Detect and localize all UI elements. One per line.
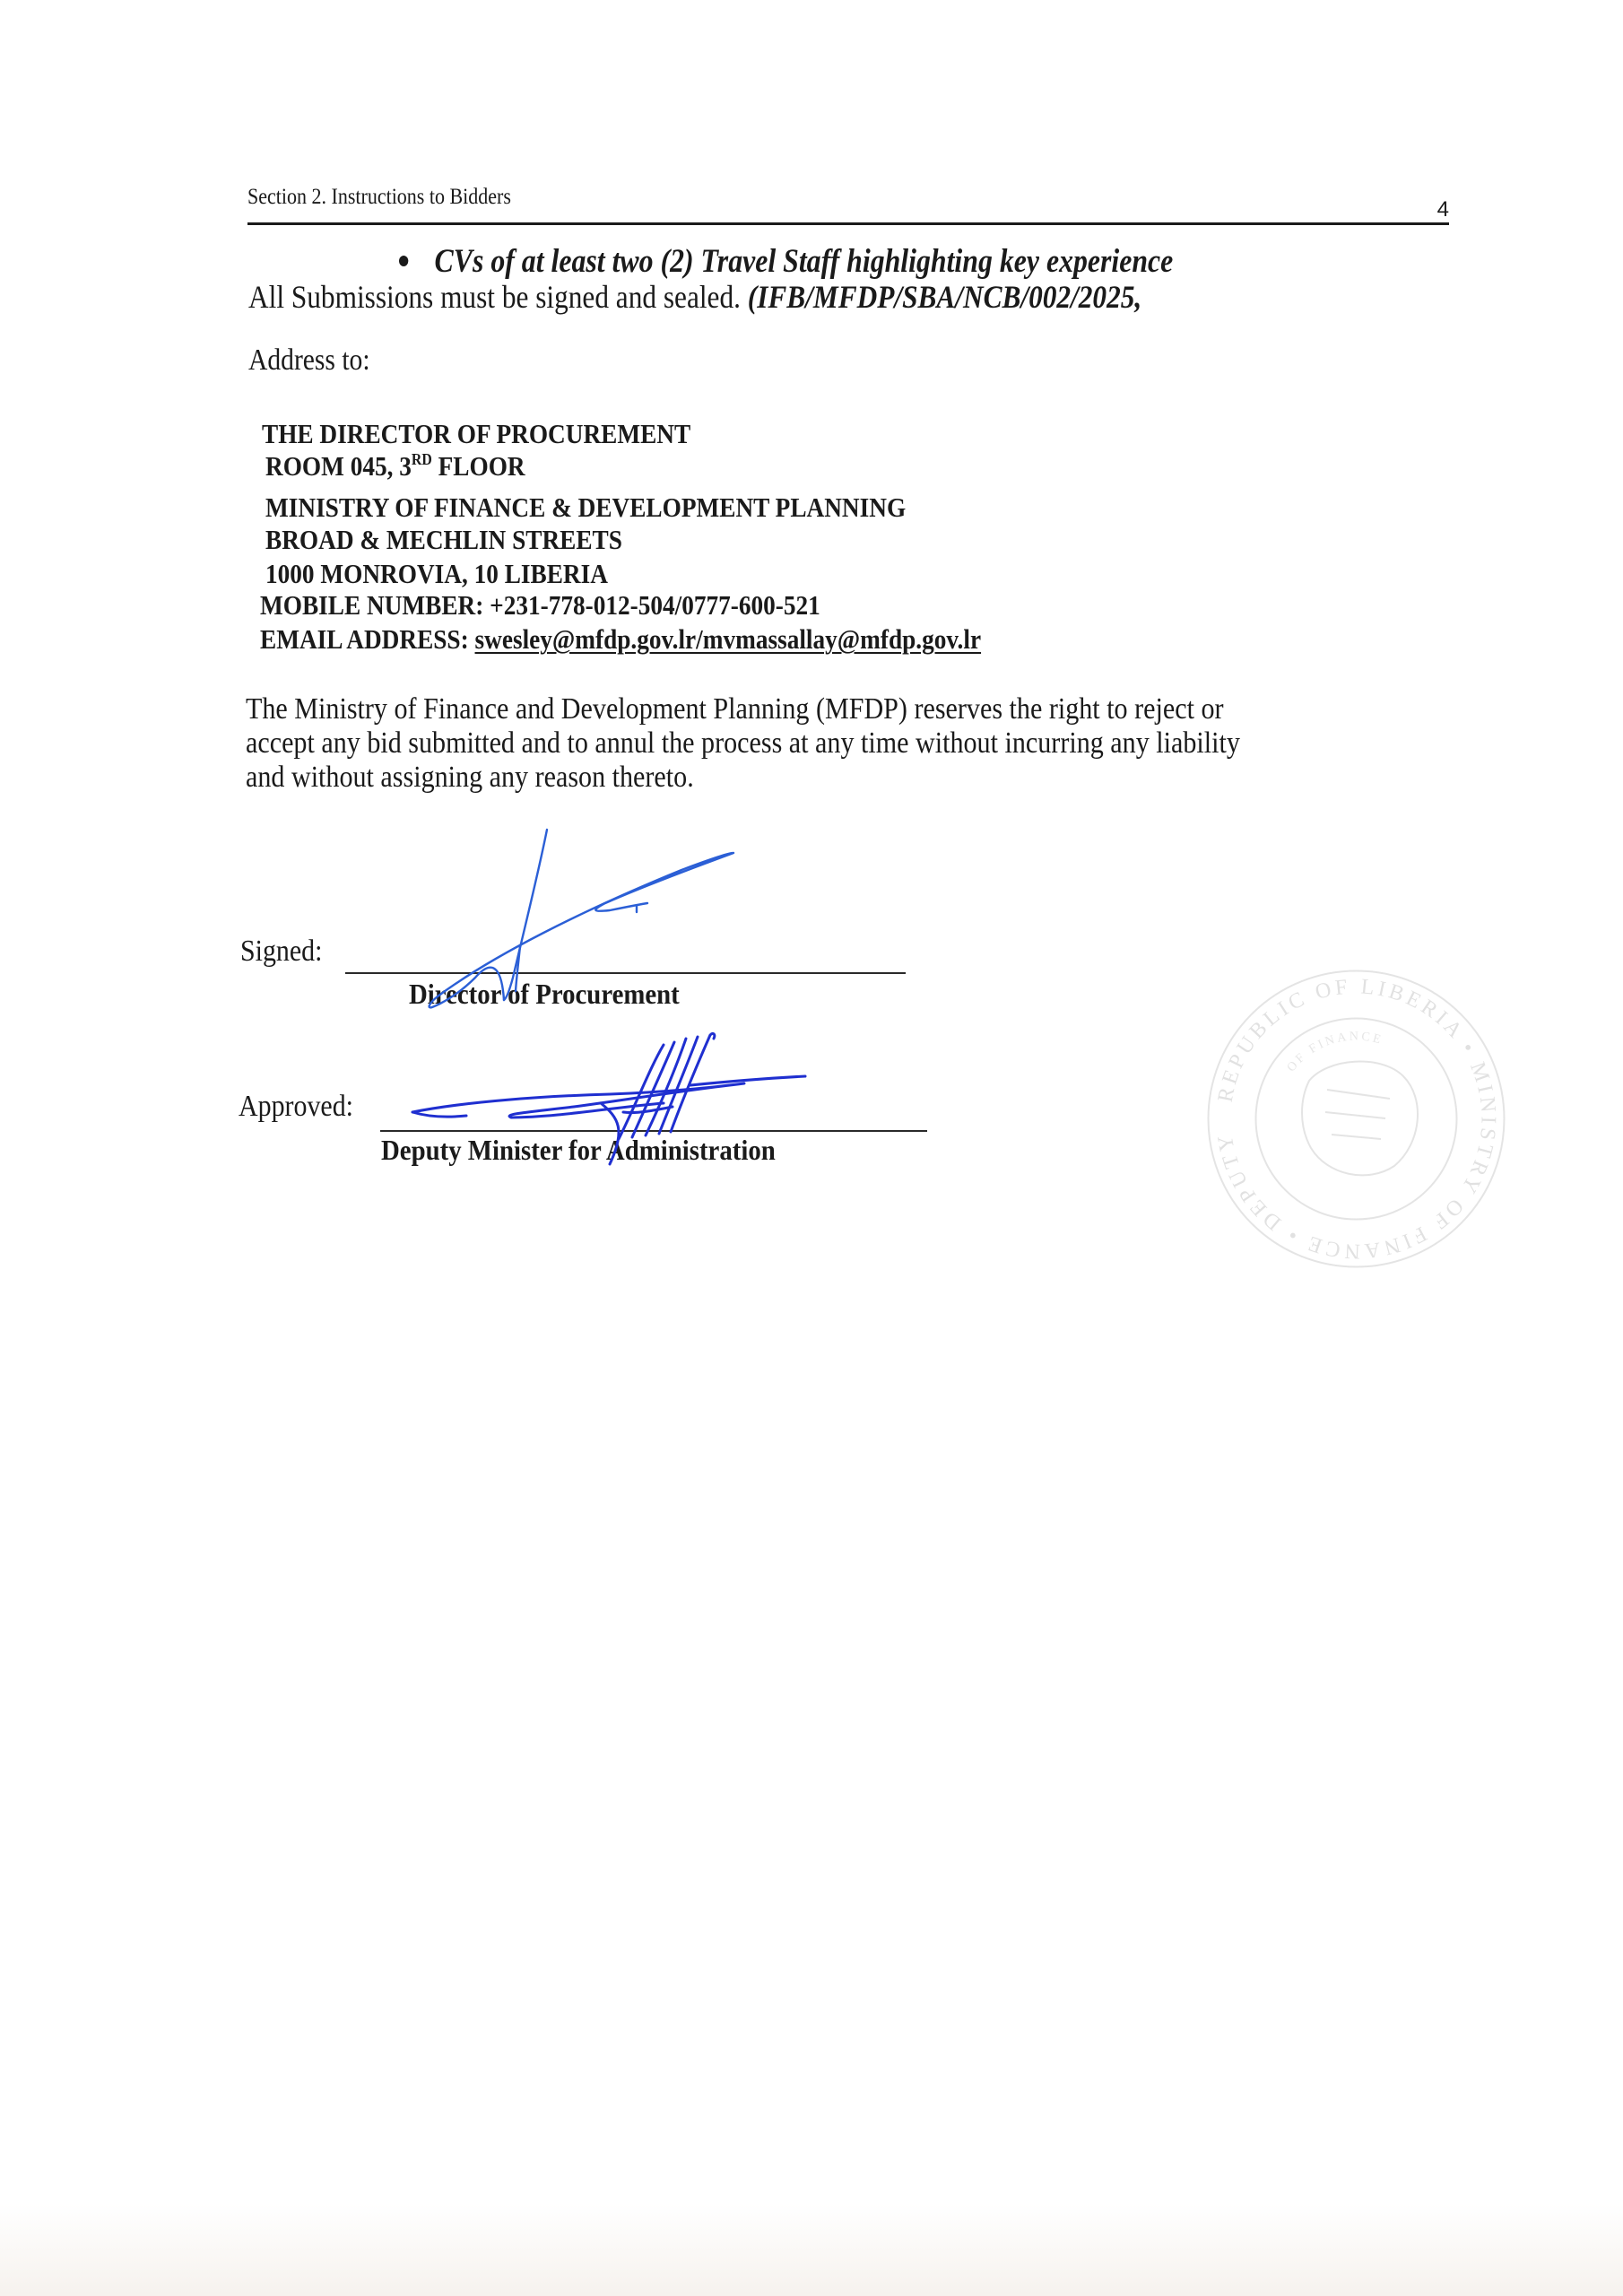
approved-label: Approved: <box>239 1090 353 1124</box>
address-line-street: BROAD & MECHLIN STREETS <box>265 524 622 556</box>
bullet-text: CVs of at least two (2) Travel Staff hig… <box>435 243 1174 280</box>
page-number: 4 <box>1437 197 1449 222</box>
disclaimer-line-3: and without assigning any reason thereto… <box>246 761 694 795</box>
mobile-number: +231-778-012-504/0777-600-521 <box>490 589 820 621</box>
address-line-room: ROOM 045, 3RD FLOOR <box>265 450 525 483</box>
approved-signature-line <box>380 1130 927 1132</box>
disclaimer-line-1: The Ministry of Finance and Development … <box>246 692 1224 726</box>
submissions-text: All Submissions must be signed and seale… <box>248 279 741 315</box>
address-line-city: 1000 MONROVIA, 10 LIBERIA <box>265 558 608 590</box>
requirement-bullet-item: CVs of at least two (2) Travel Staff hig… <box>399 242 1173 281</box>
bullet-icon <box>399 256 408 266</box>
address-label: Address to: <box>248 344 370 378</box>
ifb-reference: (IFB/MFDP/SBA/NCB/002/2025, <box>748 279 1141 315</box>
deputy-minister-title: Deputy Minister for Administration <box>381 1134 776 1167</box>
header-divider <box>247 222 1449 225</box>
address-line-ministry: MINISTRY OF FINANCE & DEVELOPMENT PLANNI… <box>265 491 906 524</box>
document-page: Section 2. Instructions to Bidders 4 CVs… <box>0 0 1623 2296</box>
disclaimer-line-2: accept any bid submitted and to annul th… <box>246 726 1240 761</box>
submissions-statement: All Submissions must be signed and seale… <box>248 278 1141 316</box>
section-title: Section 2. Instructions to Bidders <box>247 185 511 210</box>
floor-text: FLOOR <box>432 450 525 482</box>
mobile-label: MOBILE NUMBER: <box>260 589 483 621</box>
address-line-email: EMAIL ADDRESS: swesley@mfdp.gov.lr/mvmas… <box>260 623 981 656</box>
email-label: EMAIL ADDRESS: <box>260 623 469 655</box>
signed-label: Signed: <box>240 935 322 969</box>
director-title: Director of Procurement <box>409 978 680 1011</box>
embossed-seal-icon: REPUBLIC OF LIBERIA • MINISTRY OF FINANC… <box>1202 964 1511 1274</box>
address-line-mobile: MOBILE NUMBER: +231-778-012-504/0777-600… <box>260 589 820 622</box>
signed-signature-line <box>345 972 906 974</box>
room-text: ROOM 045, 3 <box>265 450 412 482</box>
address-line-recipient: THE DIRECTOR OF PROCUREMENT <box>262 418 690 450</box>
floor-superscript: RD <box>412 450 432 468</box>
email-link[interactable]: swesley@mfdp.gov.lr/mvmassallay@mfdp.gov… <box>475 623 982 655</box>
